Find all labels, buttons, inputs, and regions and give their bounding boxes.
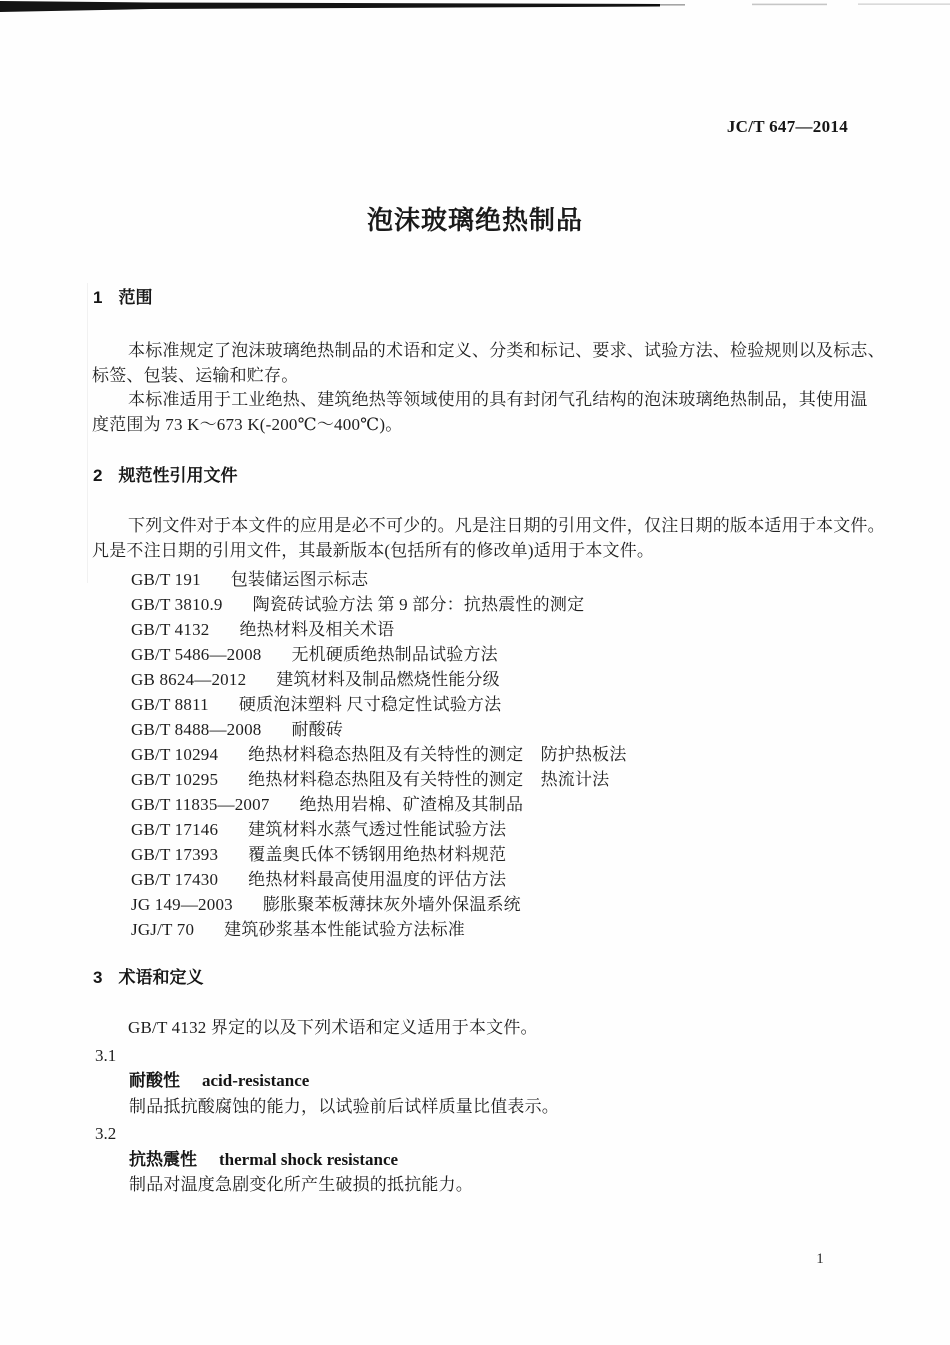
paragraph-line: 凡是不注日期的引用文件，其最新版本(包括所有的修改单)适用于本文件。 (92, 538, 654, 563)
reference-code: GB/T 3810.9 (131, 592, 223, 617)
reference-item: GB/T 11835—2007绝热用岩棉、矿渣棉及其制品 (131, 792, 523, 817)
reference-title: 绝热材料稳态热阻及有关特性的测定 热流计法 (248, 767, 609, 792)
reference-item: GB/T 17146建筑材料水蒸气透过性能试验方法 (131, 817, 506, 842)
reference-code: GB/T 17146 (131, 817, 218, 842)
reference-code: GB/T 17430 (131, 867, 218, 892)
document-page: JC/T 647—2014 泡沫玻璃绝热制品 1范围 本标准规定了泡沫玻璃绝热制… (0, 0, 950, 1345)
section-number: 2 (93, 463, 102, 488)
reference-code: GB/T 10294 (131, 742, 218, 767)
reference-title: 建筑材料水蒸气透过性能试验方法 (248, 817, 506, 842)
reference-title: 建筑砂浆基本性能试验方法标准 (224, 917, 465, 942)
paragraph-line: 度范围为 73 K～673 K(-200℃～400℃)。 (92, 412, 402, 437)
paragraph-line: 下列文件对于本文件的应用是必不可少的。凡是注日期的引用文件，仅注日期的版本适用于… (128, 513, 885, 538)
reference-code: GB/T 8488—2008 (131, 717, 261, 742)
reference-item: GB/T 3810.9陶瓷砖试验方法 第 9 部分：抗热震性的测定 (131, 592, 584, 617)
reference-item: JG 149—2003膨胀聚苯板薄抹灰外墙外保温系统 (131, 892, 521, 917)
reference-title: 建筑材料及制品燃烧性能分级 (276, 667, 500, 692)
term-en: thermal shock resistance (219, 1150, 398, 1169)
term-number: 3.2 (95, 1121, 116, 1146)
reference-code: JG 149—2003 (131, 892, 233, 917)
reference-title: 耐酸砖 (291, 717, 343, 742)
reference-item: GB/T 10294绝热材料稳态热阻及有关特性的测定 防护热板法 (131, 742, 627, 767)
reference-title: 膨胀聚苯板薄抹灰外墙外保温系统 (263, 892, 521, 917)
reference-title: 覆盖奥氏体不锈钢用绝热材料规范 (248, 842, 506, 867)
reference-item: GB/T 8811硬质泡沫塑料 尺寸稳定性试验方法 (131, 692, 501, 717)
paragraph-line: 本标准适用于工业绝热、建筑绝热等领域使用的具有封闭气孔结构的泡沫玻璃绝热制品，其… (128, 387, 868, 412)
document-title: 泡沫玻璃绝热制品 (0, 203, 950, 237)
section-2-heading: 2规范性引用文件 (93, 463, 237, 488)
reference-code: GB/T 8811 (131, 692, 209, 717)
paragraph-line: GB/T 4132 界定的以及下列术语和定义适用于本文件。 (128, 1015, 538, 1040)
reference-title: 绝热材料稳态热阻及有关特性的测定 防护热板法 (248, 742, 626, 767)
section-title: 术语和定义 (118, 965, 203, 990)
reference-title: 绝热材料及相关术语 (239, 617, 394, 642)
reference-code: GB 8624—2012 (131, 667, 246, 692)
reference-item: JGJ/T 70建筑砂浆基本性能试验方法标准 (131, 917, 465, 942)
reference-code: GB/T 5486—2008 (131, 642, 261, 667)
term-number: 3.1 (95, 1043, 116, 1068)
reference-title: 无机硬质绝热制品试验方法 (291, 642, 497, 667)
reference-item: GB/T 17393覆盖奥氏体不锈钢用绝热材料规范 (131, 842, 506, 867)
reference-item: GB/T 4132绝热材料及相关术语 (131, 617, 394, 642)
reference-code: GB/T 10295 (131, 767, 218, 792)
reference-title: 硬质泡沫塑料 尺寸稳定性试验方法 (239, 692, 501, 717)
term-en: acid-resistance (202, 1071, 309, 1090)
scan-artifact-line (0, 0, 950, 16)
section-1-heading: 1范围 (93, 285, 152, 310)
section-title: 规范性引用文件 (118, 463, 237, 488)
reference-item: GB/T 8488—2008耐酸砖 (131, 717, 343, 742)
term-definition: 制品对温度急剧变化所产生破损的抵抗能力。 (129, 1172, 473, 1197)
reference-code: GB/T 11835—2007 (131, 792, 270, 817)
section-3-heading: 3术语和定义 (93, 965, 203, 990)
section-number: 1 (93, 285, 102, 310)
term-zh: 抗热震性 (129, 1150, 197, 1169)
scan-artifact-vertical (87, 283, 88, 583)
section-number: 3 (93, 965, 102, 990)
reference-item: GB/T 191包装储运图示标志 (131, 567, 368, 592)
reference-item: GB/T 17430绝热材料最高使用温度的评估方法 (131, 867, 506, 892)
standard-code: JC/T 647—2014 (0, 114, 848, 139)
term-heading: 耐酸性acid-resistance (129, 1068, 309, 1093)
reference-code: JGJ/T 70 (131, 917, 194, 942)
reference-code: GB/T 4132 (131, 617, 209, 642)
term-definition: 制品抵抗酸腐蚀的能力，以试验前后试样质量比值表示。 (129, 1094, 559, 1119)
reference-item: GB/T 5486—2008无机硬质绝热制品试验方法 (131, 642, 498, 667)
reference-title: 陶瓷砖试验方法 第 9 部分：抗热震性的测定 (253, 592, 585, 617)
page-number: 1 (808, 1248, 832, 1270)
reference-item: GB/T 10295绝热材料稳态热阻及有关特性的测定 热流计法 (131, 767, 609, 792)
reference-title: 绝热用岩棉、矿渣棉及其制品 (300, 792, 524, 817)
reference-code: GB/T 17393 (131, 842, 218, 867)
term-heading: 抗热震性thermal shock resistance (129, 1147, 398, 1172)
reference-item: GB 8624—2012建筑材料及制品燃烧性能分级 (131, 667, 500, 692)
paragraph-line: 本标准规定了泡沫玻璃绝热制品的术语和定义、分类和标记、要求、试验方法、检验规则以… (128, 338, 885, 363)
reference-code: GB/T 191 (131, 567, 201, 592)
reference-title: 绝热材料最高使用温度的评估方法 (248, 867, 506, 892)
section-title: 范围 (118, 285, 152, 310)
reference-title: 包装储运图示标志 (231, 567, 369, 592)
term-zh: 耐酸性 (129, 1071, 180, 1090)
paragraph-line: 标签、包装、运输和贮存。 (92, 363, 298, 388)
